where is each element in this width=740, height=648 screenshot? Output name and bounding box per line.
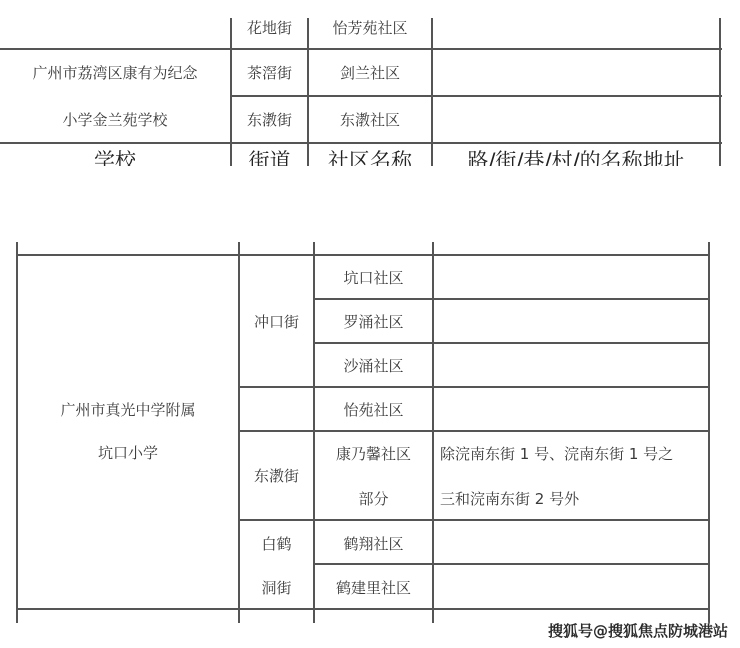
community-cell: 鹤翔社区: [315, 534, 432, 554]
school-cell-line2: 小学金兰苑学校: [0, 110, 230, 130]
row-divider: [0, 142, 722, 144]
community-cell: 怡芳苑社区: [309, 18, 431, 38]
community-cell: 剑兰社区: [309, 63, 431, 83]
header-community: 社区名称: [309, 149, 431, 166]
column-divider: [238, 242, 240, 623]
street-dongjiao: 东漖街: [240, 466, 313, 486]
community-cell: 康乃馨社区: [315, 444, 432, 464]
header-address: 路/街/巷/村/的名称地址: [433, 149, 719, 166]
header-school: 学校: [0, 149, 230, 166]
row-divider: [238, 386, 710, 388]
street-cell: 花地街: [232, 18, 307, 38]
row-divider: [16, 608, 710, 610]
row-divider: [313, 342, 710, 344]
column-divider: [230, 18, 232, 166]
header-row: 学校 街道 社区名称 路/街/巷/村/的名称地址: [0, 146, 740, 166]
row-divider: [238, 430, 710, 432]
address-line1: 除浣南东街 1 号、浣南东街 1 号之: [440, 444, 673, 464]
school-name-line2: 坑口小学: [18, 443, 238, 463]
community-cell: 罗涌社区: [315, 312, 432, 332]
watermark: 搜狐号@搜狐焦点防城港站: [548, 620, 728, 641]
community-cell: 沙涌社区: [315, 356, 432, 376]
row-divider: [231, 95, 722, 97]
street-cell: 茶滘街: [232, 63, 307, 83]
column-divider: [307, 18, 309, 166]
row-divider: [313, 298, 710, 300]
column-divider: [431, 18, 433, 166]
street-chongkou: 冲口街: [240, 312, 313, 332]
community-cell: 坑口社区: [315, 268, 432, 288]
row-divider: [0, 48, 722, 50]
column-divider: [16, 242, 18, 623]
column-divider: [719, 18, 721, 166]
community-cell-part: 部分: [315, 489, 432, 509]
street-baihedong-line1: 白鹤: [240, 534, 313, 554]
row-divider: [16, 254, 710, 256]
row-divider: [313, 563, 710, 565]
community-cell: 鹤建里社区: [315, 578, 432, 598]
street-baihedong-line2: 洞街: [240, 578, 313, 598]
community-cell: 怡苑社区: [315, 400, 432, 420]
community-cell: 东漖社区: [309, 110, 431, 130]
school-cell-line1: 广州市荔湾区康有为纪念: [0, 63, 230, 83]
street-cell: 东漖街: [232, 110, 307, 130]
school-name-line1: 广州市真光中学附属: [18, 400, 238, 420]
address-line2: 三和浣南东街 2 号外: [440, 489, 579, 509]
row-divider: [238, 519, 710, 521]
header-street: 街道: [232, 149, 307, 166]
